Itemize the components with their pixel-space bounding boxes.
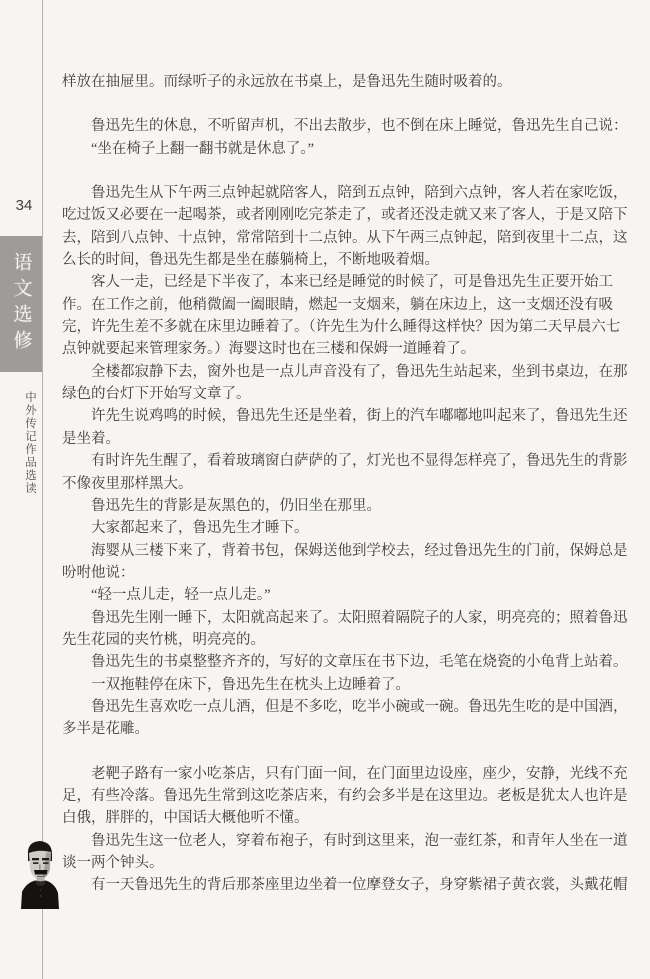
text-line: 鲁迅先生这一位老人，穿着布袍子，有时到这里来，泡一壶红茶，和青年人坐在一道	[62, 830, 640, 852]
text-line: 有时许先生醒了，看着玻璃窗白萨萨的了，灯光也不显得怎样亮了，鲁迅先生的背影	[62, 450, 640, 472]
text-line: 完，许先生差不多就在床里边睡着了。（许先生为什么睡得这样快？因为第二天早晨六七	[62, 316, 640, 338]
column-divider-line	[42, 0, 43, 979]
volume-title: 中外传记作品选读	[22, 391, 38, 495]
text-line: 海婴从三楼下来了，背着书包，保姆送他到学校去，经过鲁迅先生的门前，保姆总是	[62, 540, 640, 562]
text-line: 鲁迅先生喜欢吃一点儿酒，但是不多吃，吃半小碗或一碗。鲁迅先生吃的是中国酒，	[62, 696, 640, 718]
luxun-portrait-image	[16, 837, 63, 910]
text-line: 先生花园的夹竹桃，明亮亮的。	[62, 629, 640, 651]
text-line: 绿色的台灯下开始写文章了。	[62, 383, 640, 405]
page-body-text: 样放在抽屉里。而绿听子的永远放在书桌上，是鲁迅先生随时吸着的。鲁迅先生的休息，不…	[62, 71, 640, 897]
text-line: 去，陪到八点钟、十点钟，常常陪到十二点钟。从下午两三点钟起，陪到夜里十二点，这	[62, 227, 640, 249]
text-line: 许先生说鸡鸣的时候，鲁迅先生还是坐着，街上的汽车嘟嘟地叫起来了，鲁迅先生还	[62, 405, 640, 427]
text-line: 吩咐他说：	[62, 562, 640, 584]
text-line: 吃过饭又必要在一起喝茶，或者刚刚吃完茶走了，或者还没走就又来了客人，于是又陪下	[62, 204, 640, 226]
text-line: 有一天鲁迅先生的背后那茶座里边坐着一位摩登女子，身穿紫裙子黄衣裳，头戴花帽	[62, 874, 640, 896]
text-line: “轻一点儿走，轻一点儿走。”	[62, 584, 640, 606]
text-line: 作。在工作之前，他稍微阖一阖眼睛，燃起一支烟来，躺在床边上，这一支烟还没有吸	[62, 294, 640, 316]
text-line: 鲁迅先生的休息，不听留声机，不出去散步，也不倒在床上睡觉，鲁迅先生自己说：	[62, 115, 640, 137]
text-line: 一双拖鞋停在床下，鲁迅先生在枕头上边睡着了。	[62, 674, 640, 696]
text-line: 点钟就要起来管理家务。）海婴这时也在三楼和保姆一道睡着了。	[62, 338, 640, 360]
text-line: 鲁迅先生刚一睡下，太阳就高起来了。太阳照着隔院子的人家，明亮亮的；照着鲁迅	[62, 607, 640, 629]
page-number: 34	[10, 197, 38, 214]
text-line: “坐在椅子上翻一翻书就是休息了。”	[62, 138, 640, 160]
series-title-box: 语文选修	[0, 236, 42, 372]
book-page: 34 语文选修 中外传记作品选读	[0, 0, 650, 979]
text-line: 全楼都寂静下去，窗外也是一点儿声音没有了，鲁迅先生站起来，坐到书桌边，在那	[62, 361, 640, 383]
text-line: 么长的时间，鲁迅先生都是坐在藤躺椅上，不断地吸着烟。	[62, 249, 640, 271]
text-line: 谈一两个钟头。	[62, 852, 640, 874]
text-line: 大家都起来了，鲁迅先生才睡下。	[62, 517, 640, 539]
text-line: 客人一走，已经是下半夜了，本来已经是睡觉的时候了，可是鲁迅先生正要开始工	[62, 271, 640, 293]
text-line: 鲁迅先生的背影是灰黑色的，仍旧坐在那里。	[62, 495, 640, 517]
text-line: 足，有些冷落。鲁迅先生常到这吃茶店来，有约会多半是在这里边。老板是犹太人也许是	[62, 785, 640, 807]
text-line: 鲁迅先生从下午两三点钟起就陪客人，陪到五点钟，陪到六点钟，客人若在家吃饭，	[62, 182, 640, 204]
text-line: 多半是花雕。	[62, 718, 640, 740]
text-line: 样放在抽屉里。而绿听子的永远放在书桌上，是鲁迅先生随时吸着的。	[62, 71, 640, 93]
luxun-portrait	[16, 837, 63, 910]
text-line: 是坐着。	[62, 428, 640, 450]
text-line: 不像夜里那样黑大。	[62, 473, 640, 495]
series-title: 语文选修	[8, 252, 35, 356]
text-line: 鲁迅先生的书桌整整齐齐的，写好的文章压在书下边，毛笔在烧瓷的小龟背上站着。	[62, 651, 640, 673]
text-line: 白俄，胖胖的，中国话大概他听不懂。	[62, 807, 640, 829]
text-line: 老靶子路有一家小吃茶店，只有门面一间，在门面里边设座，座少，安静，光线不充	[62, 763, 640, 785]
